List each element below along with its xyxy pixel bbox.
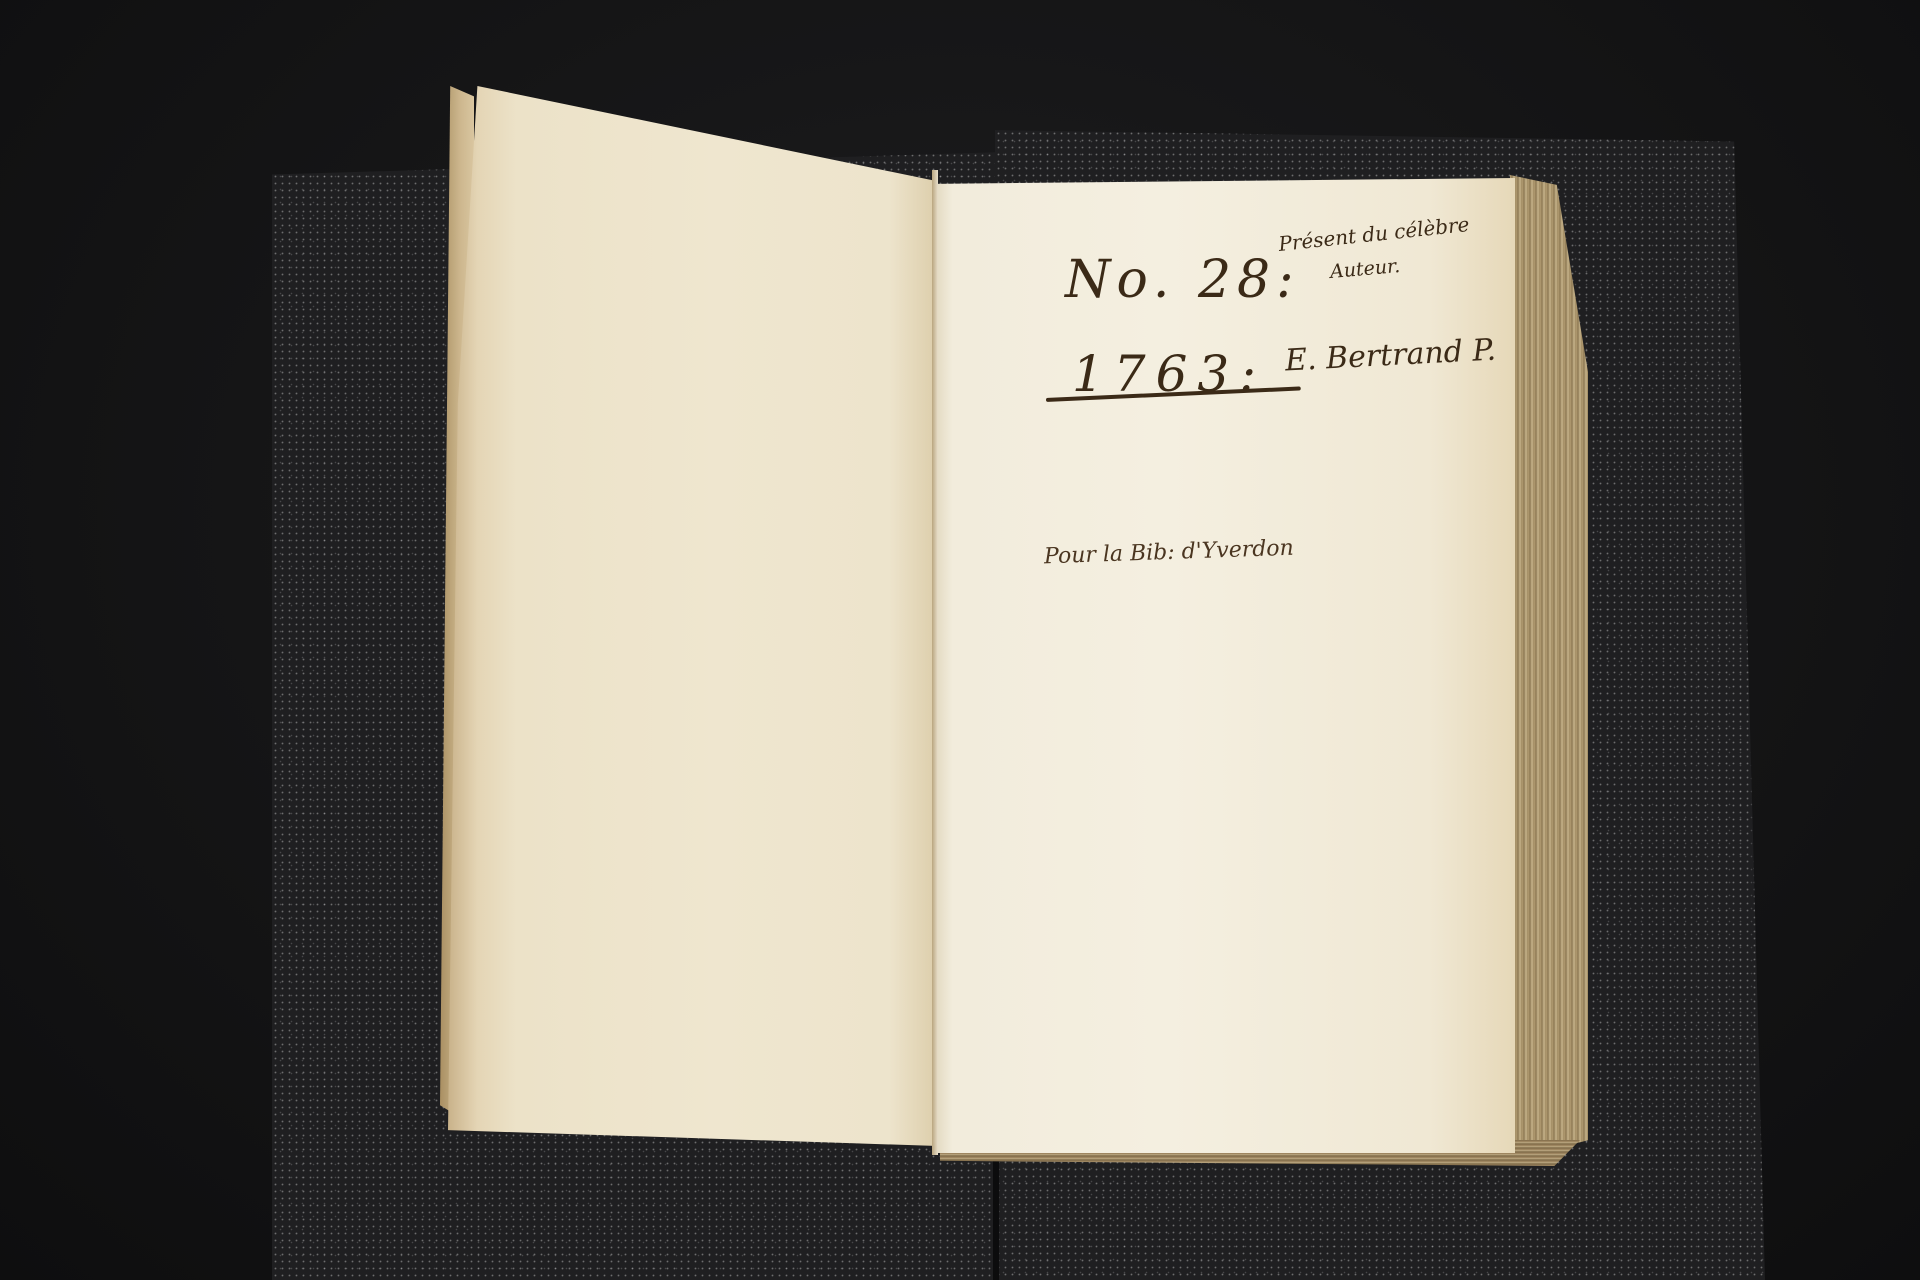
right-page <box>935 178 1515 1153</box>
shelf-number: No. 28: <box>1065 250 1300 310</box>
left-page-showthrough-text <box>530 170 570 290</box>
foam-seam <box>993 1160 999 1280</box>
book-gutter <box>932 170 938 1155</box>
fore-edge-page-block <box>1510 175 1588 1160</box>
left-page <box>448 86 938 1146</box>
